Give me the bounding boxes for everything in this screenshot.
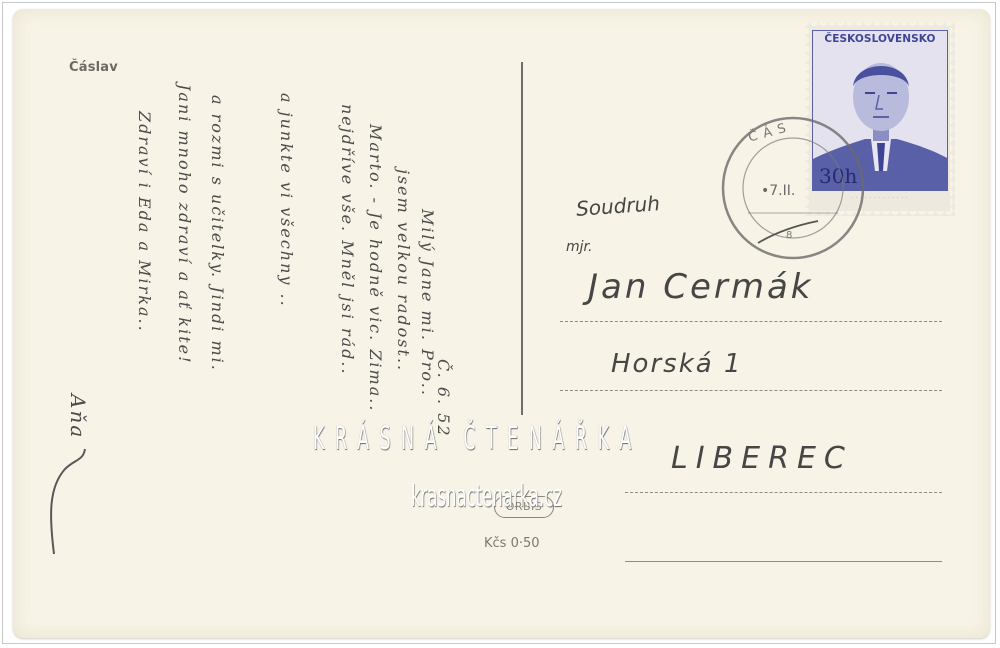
watermark-title: KRÁSNÁ ČTENÁŘKA — [313, 419, 642, 457]
postmark-date: •7.II. — [761, 183, 795, 199]
postmark-code: 8 — [786, 230, 792, 241]
address-line — [560, 321, 942, 322]
watermark-url: krasnactenarka.cz — [411, 479, 562, 514]
price-label: Kčs 0·50 — [484, 536, 540, 551]
address-rank: mjr. — [566, 239, 592, 255]
address-line — [625, 492, 942, 493]
stamp-value: 30h — [819, 164, 857, 188]
address-line — [560, 390, 942, 391]
address-line — [625, 561, 942, 562]
address-street: Horská 1 — [611, 349, 743, 379]
address-name: Jan Cermák — [588, 267, 814, 307]
stamp-caption: · · · · · · · · · · · · · — [810, 195, 950, 200]
postcard: Čáslav Č. 6. 52 Milý Jane mi. Pro.. jsem… — [13, 9, 990, 638]
divider-line — [521, 62, 523, 415]
postage-stamp: ČESKOSLOVENSKO 30h — [812, 30, 948, 191]
address-city: LIBEREC — [671, 441, 853, 476]
